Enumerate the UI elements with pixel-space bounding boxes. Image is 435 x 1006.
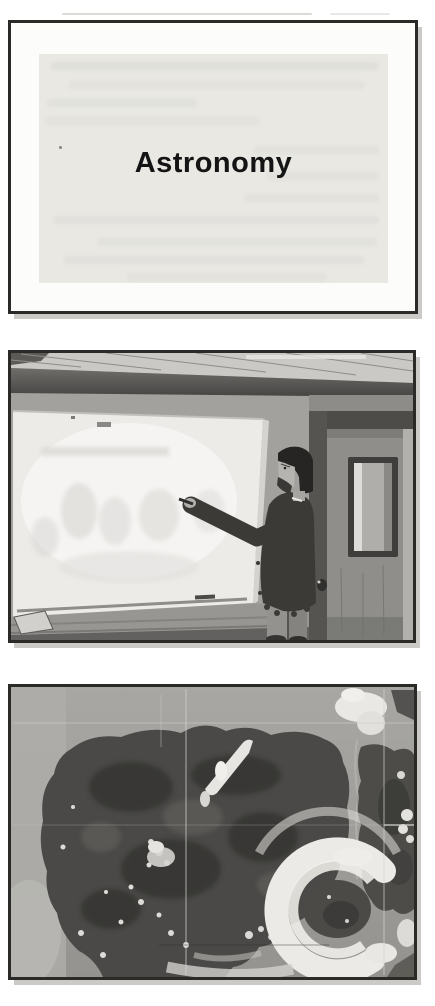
satellite-photo-svg — [11, 687, 414, 977]
ghost-text-line — [69, 81, 364, 89]
ghost-text-line — [47, 99, 197, 107]
scan-artifact — [330, 13, 390, 15]
satellite-photo — [8, 684, 417, 980]
ghost-text-line — [127, 273, 327, 281]
ghost-text-line — [54, 216, 379, 224]
slide-title: Astronomy — [39, 147, 388, 180]
slide-thumbnail: Astronomy — [8, 20, 418, 314]
ghost-text-line — [64, 256, 364, 264]
ghost-text-line — [244, 194, 379, 202]
ghost-text-line — [97, 238, 377, 246]
scanned-document-page: Astronomy — [0, 0, 435, 1006]
classroom-photo-svg — [11, 353, 413, 640]
classroom-photo — [8, 350, 416, 643]
ghost-text-line — [45, 117, 260, 125]
ghost-text-line — [51, 62, 379, 70]
scan-artifact — [62, 13, 312, 15]
slide-inner-box: Astronomy — [39, 54, 388, 283]
